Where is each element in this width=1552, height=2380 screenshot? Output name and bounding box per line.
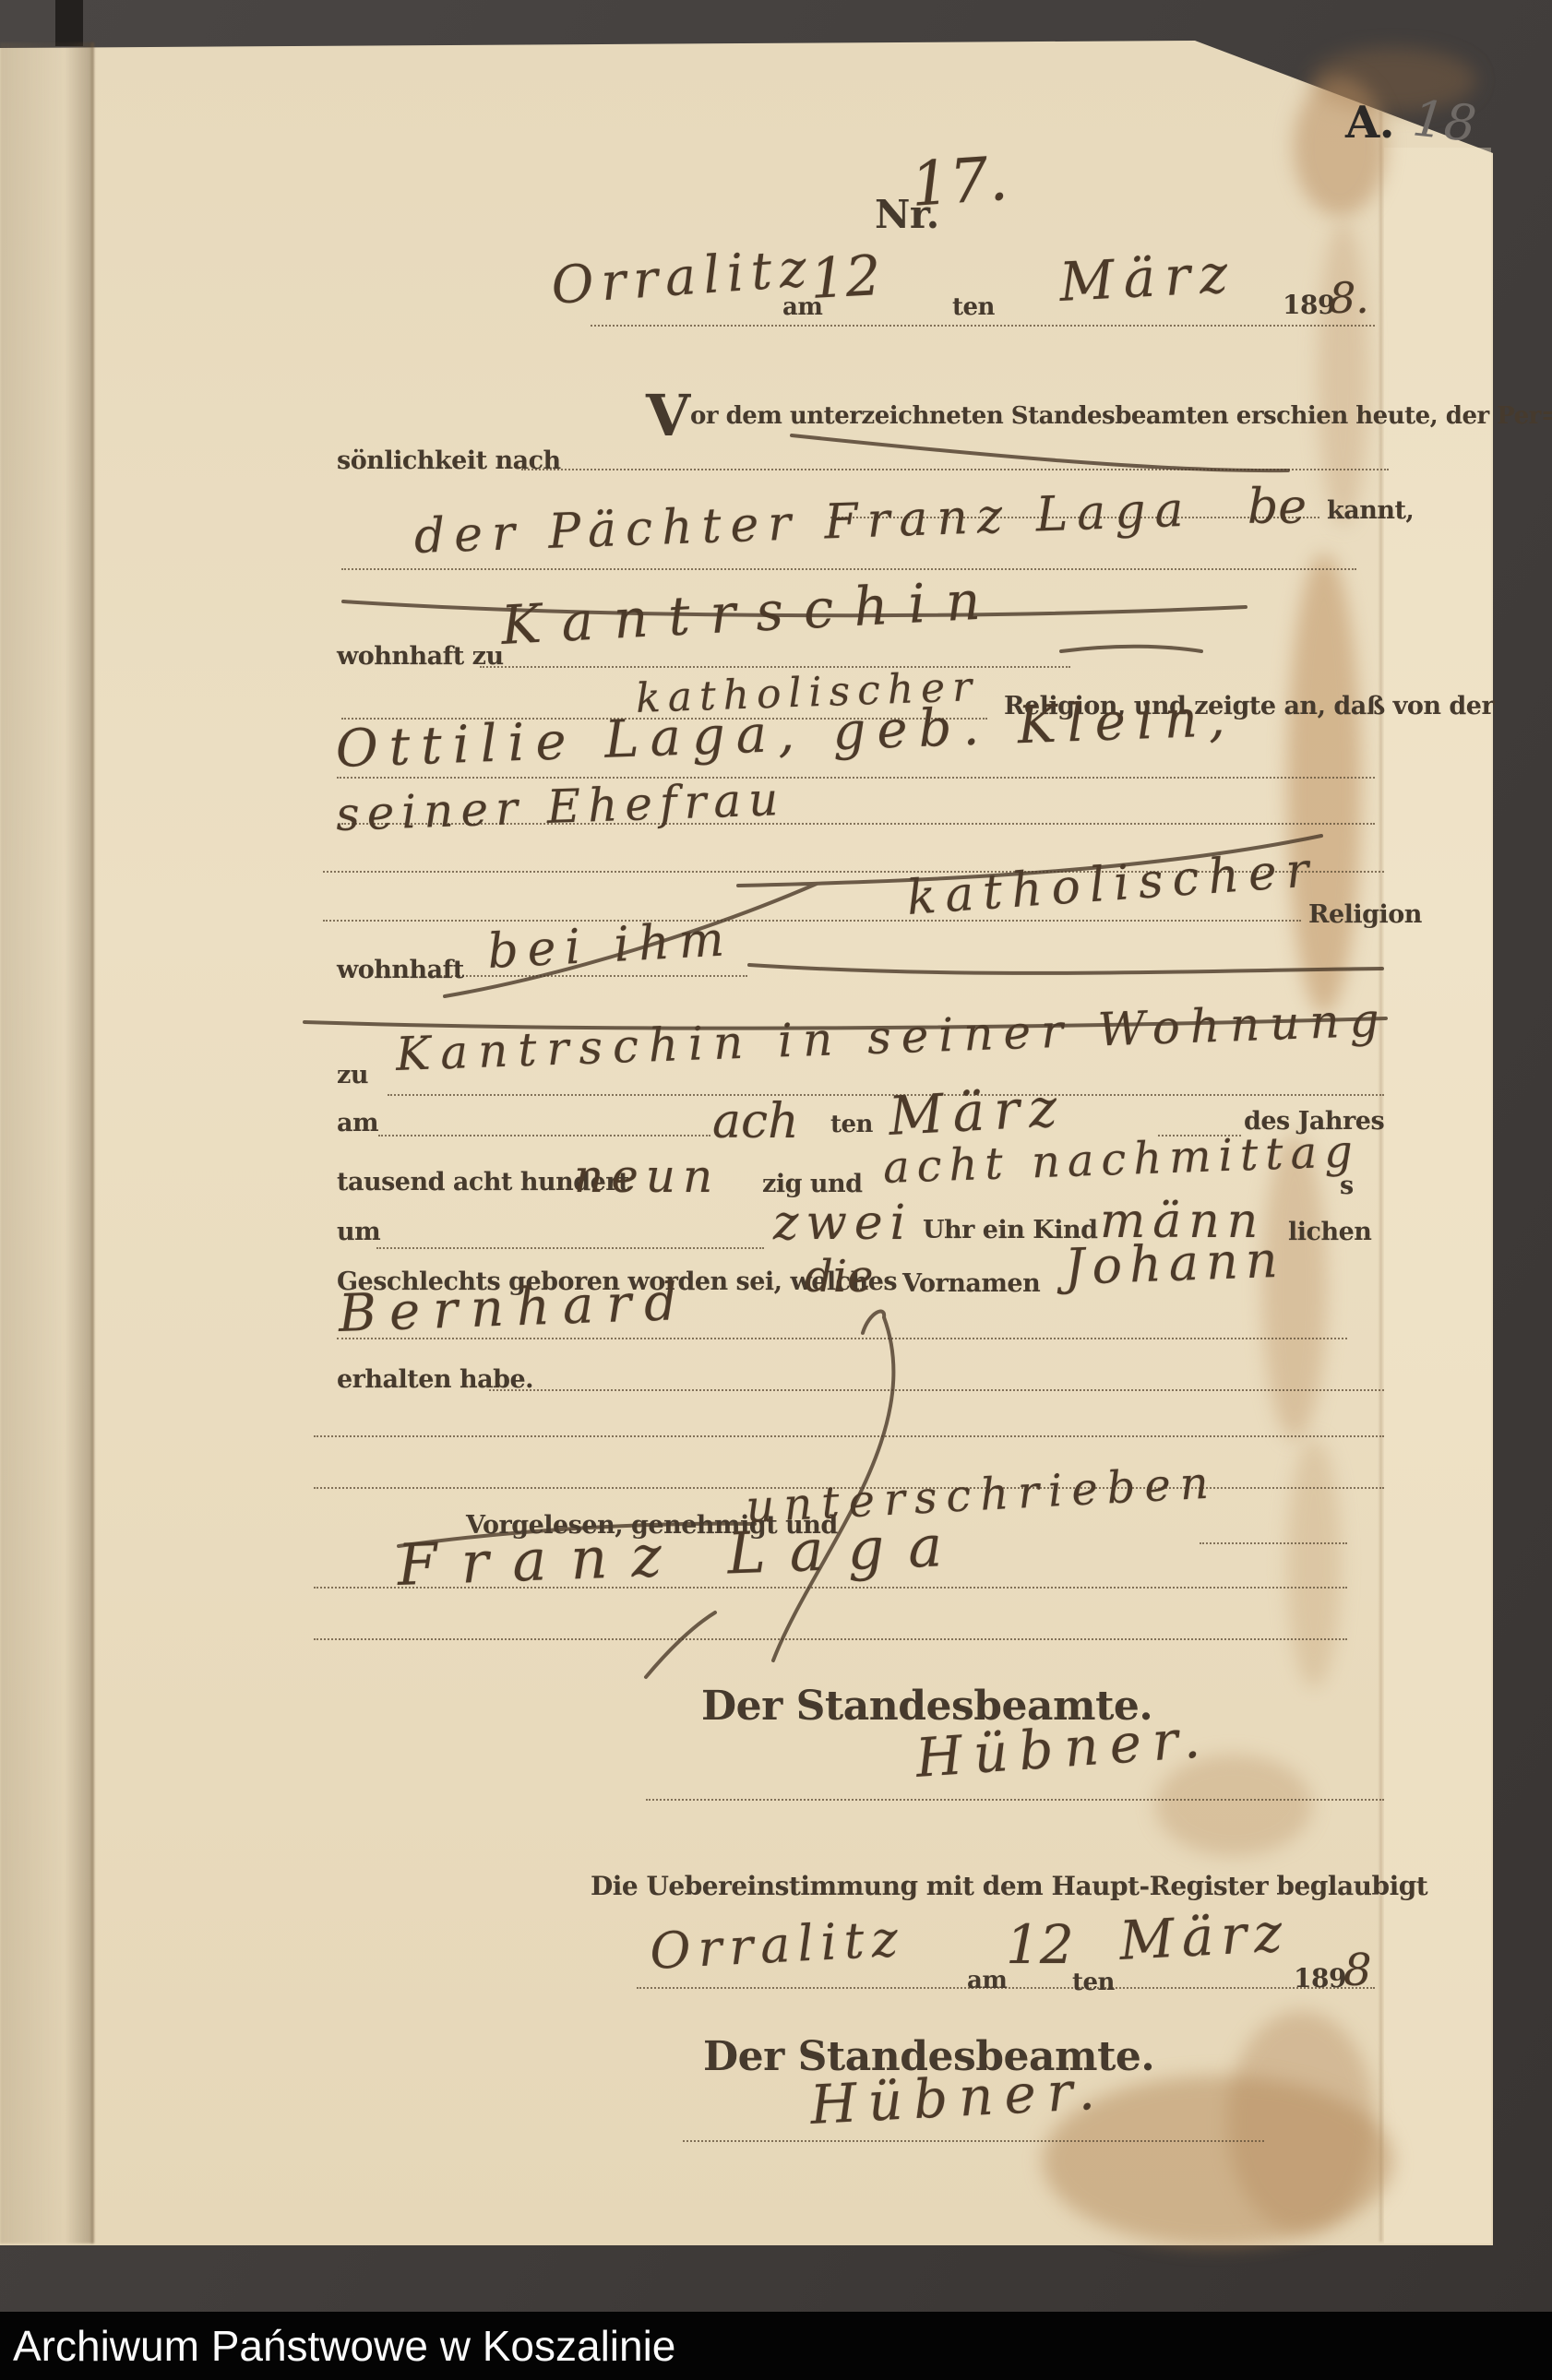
dotted-line xyxy=(341,568,1356,570)
torn-edge-line xyxy=(1379,111,1382,2242)
dotted-line xyxy=(434,975,747,977)
page-fold-crease xyxy=(91,42,94,2243)
dotted-line xyxy=(378,1135,710,1136)
religion2-printed: Religion xyxy=(1308,900,1422,929)
ten-label: ten xyxy=(952,293,995,321)
dotted-line xyxy=(480,666,1070,668)
archive-caption-bar: Archiwum Państwowe w Koszalinie xyxy=(0,2312,1552,2380)
intro-line1: or dem unterzeichneten Standesbeamten er… xyxy=(690,402,1552,430)
known-printed: kannt, xyxy=(1327,496,1414,525)
die-hw: die xyxy=(805,1251,873,1303)
day-value: 12 xyxy=(808,244,882,312)
hour-hw: zwei xyxy=(773,1196,913,1251)
certification-am-label: am xyxy=(967,1967,1007,1994)
certification-month: März xyxy=(1117,1900,1291,1972)
birthdate-day-hw: ach xyxy=(712,1094,799,1149)
um-label: um xyxy=(337,1218,380,1246)
birthdate-ten-label: ten xyxy=(830,1111,873,1138)
residence2-label: wohnhaft xyxy=(337,956,464,984)
dotted-line xyxy=(683,2140,1264,2142)
certification-year-digit: 8 xyxy=(1343,1945,1372,1996)
dotted-line xyxy=(376,1247,764,1249)
certification-line: Die Uebereinstimmung mit dem Haupt-Regis… xyxy=(591,1871,1427,1901)
dotted-line xyxy=(591,325,1375,327)
birthdate-am-label: am xyxy=(337,1109,378,1137)
intro-line2-label: sönlichkeit nach xyxy=(337,446,561,475)
month-value: März xyxy=(1057,242,1238,314)
lichen-label: lichen xyxy=(1288,1218,1371,1246)
zig-und-label: zig und xyxy=(762,1170,863,1198)
birthplace-zu-label: zu xyxy=(337,1061,368,1089)
nachmittags-s-label: s xyxy=(1340,1172,1354,1200)
stain xyxy=(1287,553,1361,1015)
page-fold-strip xyxy=(0,42,92,2243)
dotted-line xyxy=(489,1389,1384,1391)
certification-day: 12 xyxy=(1006,1913,1074,1976)
stain xyxy=(1287,1439,1341,1688)
certification-ten-label: ten xyxy=(1072,1969,1115,1996)
archive-caption-text: Archiwum Państwowe w Koszalinie xyxy=(13,2321,675,2371)
scanned-register-page: A. 18 Nr. 17. Orralitz am 12 ten März 18… xyxy=(0,0,1552,2380)
pencil-page-number: 18 xyxy=(1410,89,1479,153)
dotted-line xyxy=(314,1638,1347,1640)
dotted-line xyxy=(337,777,1375,779)
binding-strip xyxy=(55,0,83,46)
year-decade-hw: neun xyxy=(574,1149,720,1203)
dotted-line xyxy=(388,1094,1384,1096)
year-printed: 189 xyxy=(1283,290,1335,320)
year-digit: 8. xyxy=(1329,273,1369,323)
intro-initial: V xyxy=(646,382,690,449)
dotted-line xyxy=(521,469,1389,470)
residence1-label: wohnhaft zu xyxy=(337,642,504,671)
second-name-hw: Bernhard xyxy=(338,1272,691,1344)
erhalten-label: erhalten habe. xyxy=(337,1365,533,1394)
known-hw: be xyxy=(1248,480,1307,535)
under-page-margin xyxy=(1384,148,1491,2243)
letter-stamp: A. xyxy=(1345,97,1394,149)
dotted-line xyxy=(646,1799,1384,1801)
vornamen-label: Vornamen xyxy=(902,1269,1040,1298)
dotted-line xyxy=(314,1435,1384,1437)
dotted-line xyxy=(1200,1542,1347,1544)
record-no-value: 17. xyxy=(909,143,1010,220)
dotted-line xyxy=(323,920,1301,922)
certification-year-printed: 189 xyxy=(1294,1963,1346,1993)
first-name-hw: Johann xyxy=(1064,1231,1286,1296)
stain xyxy=(1318,221,1368,526)
